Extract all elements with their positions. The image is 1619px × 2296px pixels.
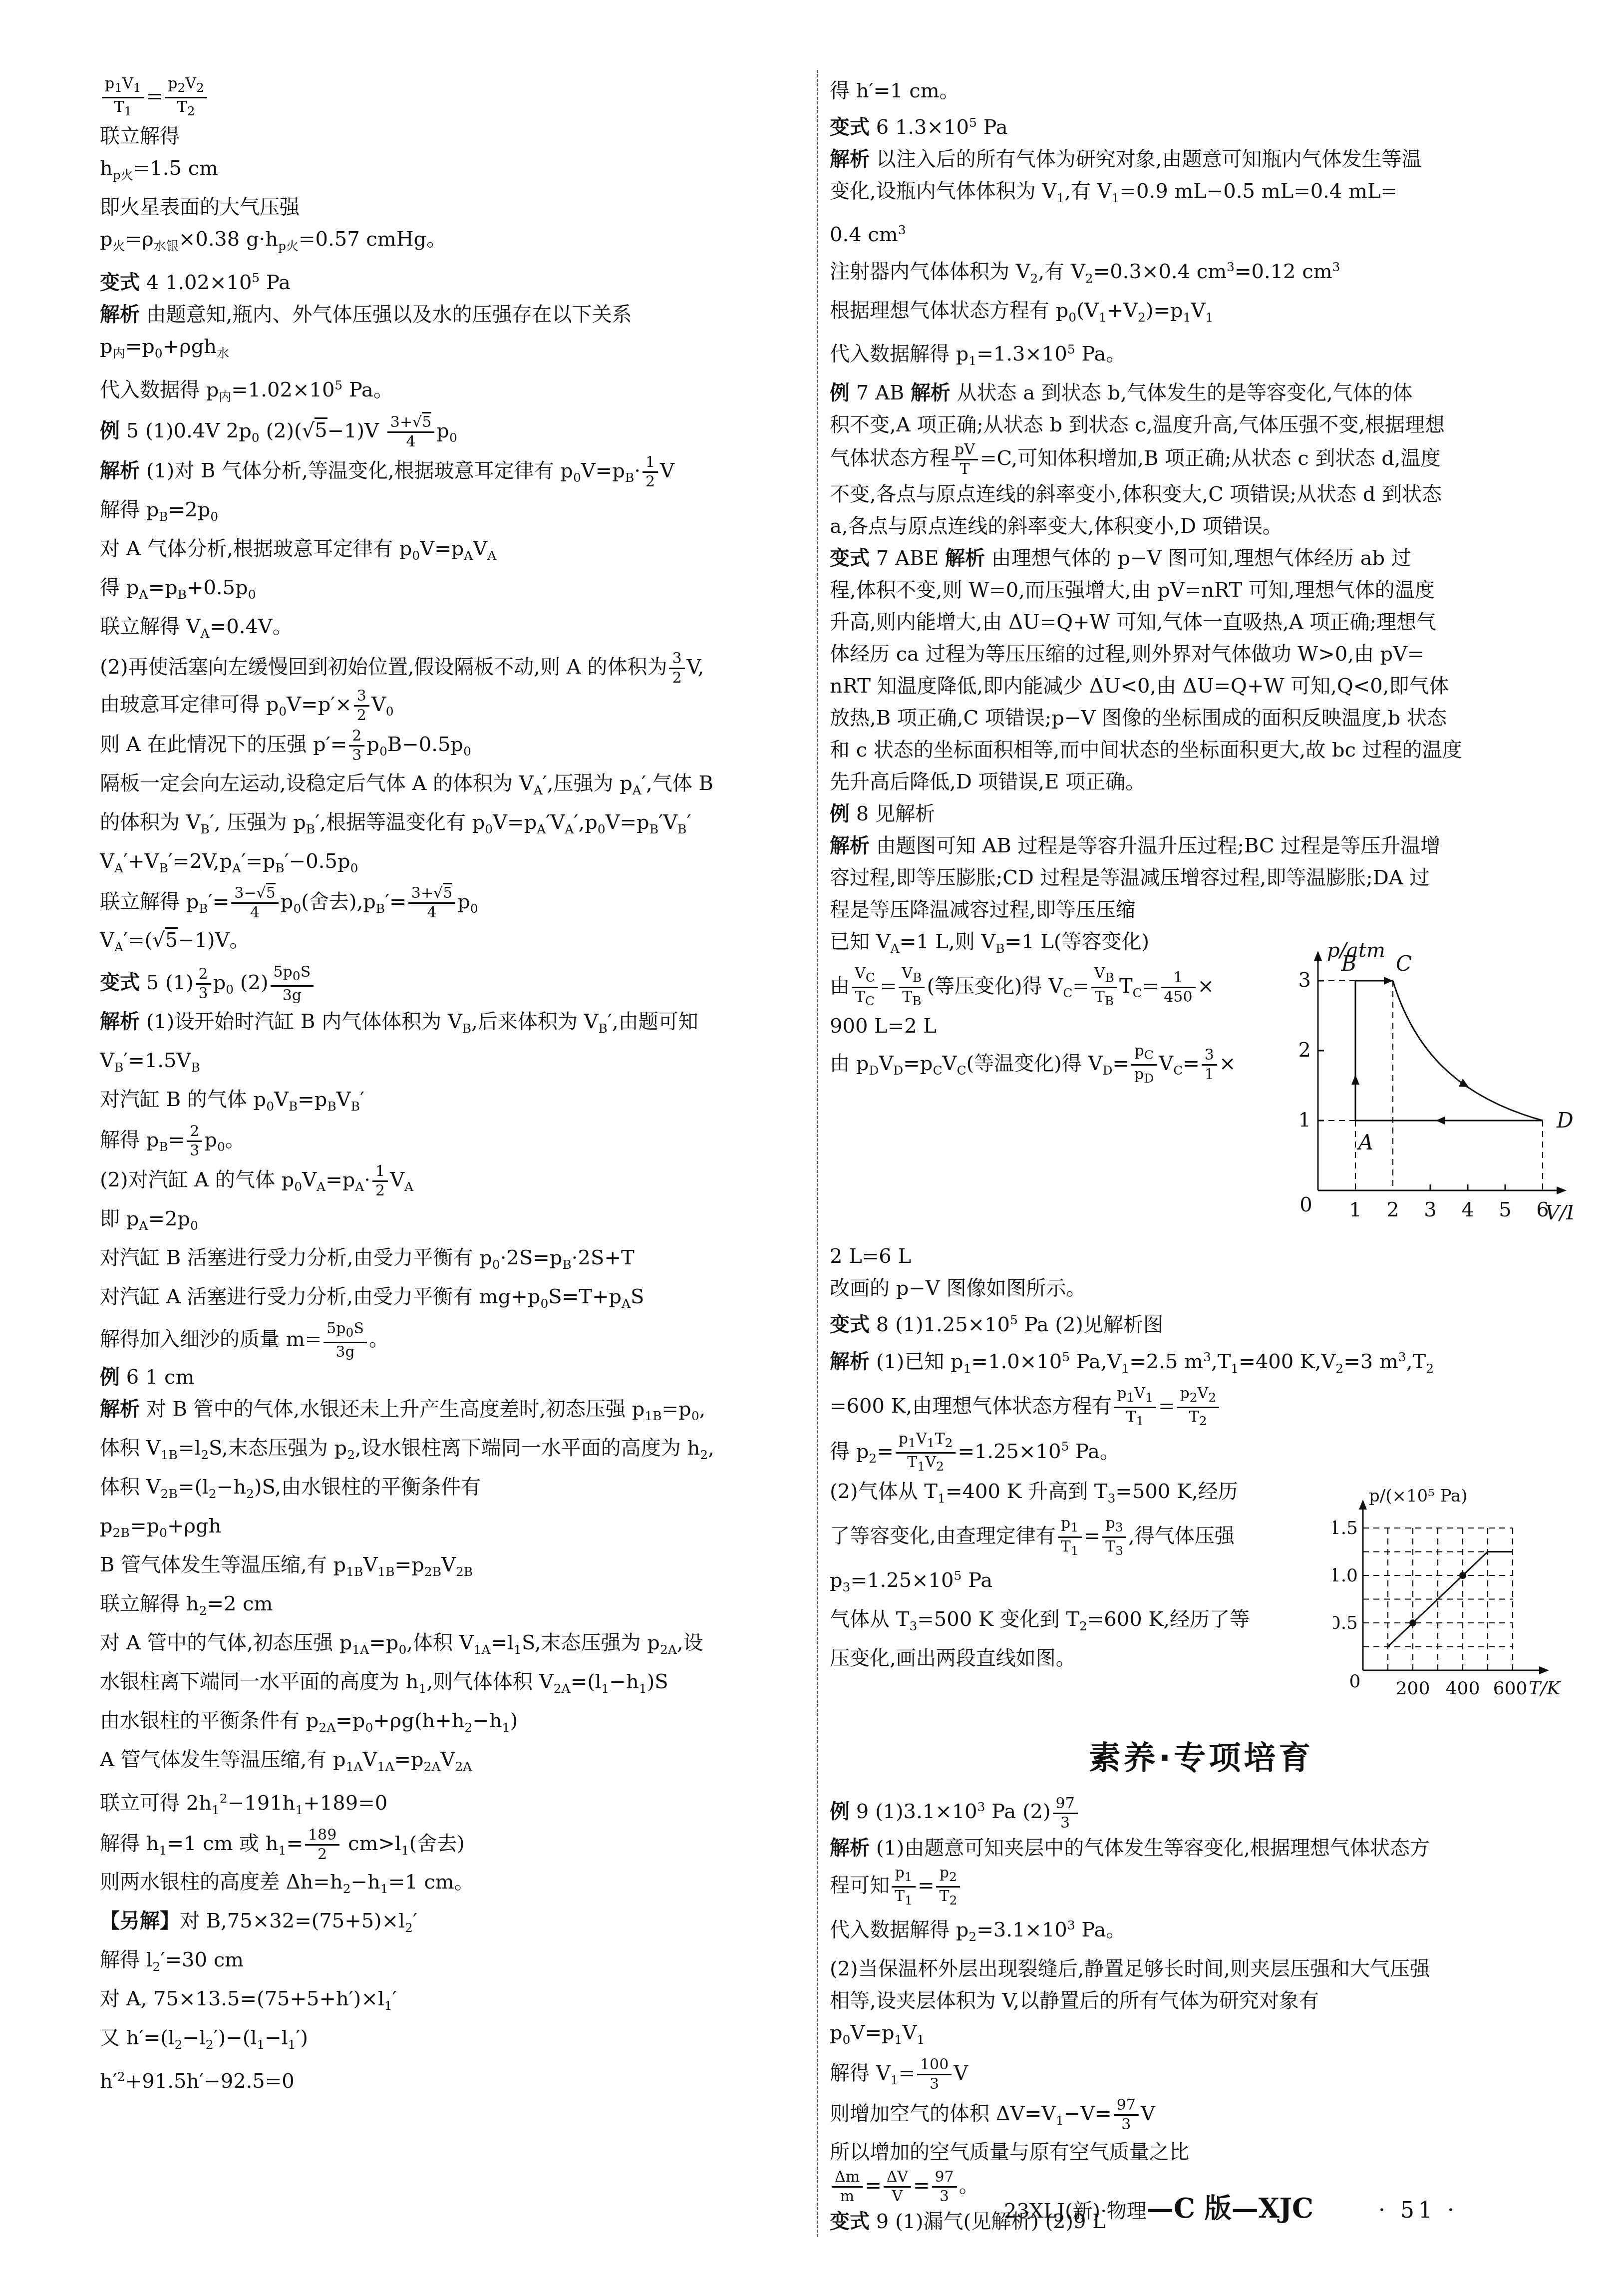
text-line: 相等,设夹层体积为 V,以静置后的所有气体为研究对象有 — [830, 1985, 1573, 2017]
text-line: 则增加空气的体积 ΔV=V1−V=973V — [830, 2096, 1573, 2137]
text-line: 联立解得 pB′=3−√54p0(舍去),pB′=3+√54p0 — [100, 884, 805, 925]
text-line: 气体从 T3=500 K 变化到 T2=600 K,经历了等 — [830, 1603, 1333, 1642]
text-line: 联立解得 h2=2 cm — [100, 1588, 805, 1627]
text-line: 解得 l2′=30 cm — [100, 1944, 805, 1983]
text-line: 由水银柱的平衡条件有 p2A=p0+ρg(h+h2−h1) — [100, 1705, 805, 1744]
text-line: 对汽缸 A 活塞进行受力分析,由受力平衡有 mg+p0S=T+pAS — [100, 1281, 805, 1320]
text-line: 0.4 cm3 — [830, 214, 1573, 251]
text-line: 解得 h1=1 cm 或 h1=1892 cm>l1(舍去) — [100, 1826, 805, 1867]
text-line: 变式 8 (1)1.25×105 Pa (2)见解析图 — [830, 1304, 1573, 1341]
text-line: 即 pA=2p0 — [100, 1203, 805, 1242]
text-line: =600 K,由理想气体状态方程有p1V1T1=p2V2T2 — [830, 1385, 1573, 1430]
text-line: 得 p2=p1V1T2T1V2=1.25×105 Pa。 — [830, 1430, 1573, 1476]
text-line: 则 A 在此情况下的压强 p′=23p0B−0.5p0 — [100, 727, 805, 767]
text-line: 已知 VA=1 L,则 VB=1 L(等容变化) — [830, 926, 1293, 965]
text-line: 积不变,A 项正确;从状态 b 到状态 c,温度升高,气体压强不变,根据理想 — [830, 409, 1573, 441]
text-line: 变式 4 1.02×105 Pa — [100, 262, 805, 299]
text-line: 解析 (1)已知 p1=1.0×105 Pa,V1=2.5 m3,T1=400 … — [830, 1341, 1573, 1385]
pv-ytick: 2 — [1298, 1039, 1311, 1062]
text-line: 对 A 管中的气体,初态压强 p1A=p0,体积 V1A=l1S,末态压强为 p… — [100, 1627, 805, 1666]
pv-xtick: 2 — [1386, 1198, 1399, 1221]
text-line: 由 pDVD=pCVC(等温变化)得 VD=pCpDVC=31× — [830, 1042, 1293, 1088]
text-line: 了等容变化,由查理定律有p1T1=p3T3,得气体压强 — [830, 1515, 1333, 1560]
left-column: p1V1T1=p2V2T2联立解得hp火=1.5 cm即火星表面的大气压强p火=… — [100, 75, 805, 2098]
pt-xtick: 600 — [1493, 1678, 1528, 1699]
pt-xtick: 400 — [1446, 1678, 1480, 1699]
pt-origin: 0 — [1349, 1671, 1361, 1692]
text-line: 对汽缸 B 活塞进行受力分析,由受力平衡有 p0·2S=pB·2S+T — [100, 1242, 805, 1281]
text-line: p内=p0+ρgh水 — [100, 331, 805, 370]
left-column-text: p1V1T1=p2V2T2联立解得hp火=1.5 cm即火星表面的大气压强p火=… — [100, 75, 805, 2098]
text-line: 先升高后降低,D 项错误,E 项正确。 — [830, 766, 1573, 798]
pv-point-D: D — [1556, 1108, 1573, 1133]
right-column-text-2: 2 L=6 L改画的 p−V 图像如图所示。变式 8 (1)1.25×105 P… — [830, 1240, 1573, 1476]
text-line: 程可知p1T1=p2T2 — [830, 1864, 1573, 1910]
text-line: 例 5 (1)0.4V 2p0 (2)(√5−1)V 3+√54p0 — [100, 413, 805, 454]
text-line: 体积 V1B=l2S,末态压强为 p2,设水银柱离下端同一水平面的高度为 h2, — [100, 1432, 805, 1471]
text-line: nRT 知温度降低,即内能减少 ΔU<0,由 ΔU=Q+W 可知,Q<0,即气体 — [830, 670, 1573, 702]
text-line: 解析 由题意知,瓶内、外气体压强以及水的压强存在以下关系 — [100, 299, 805, 331]
text-line: 体积 V2B=(l2−h2)S,由水银柱的平衡条件有 — [100, 1471, 805, 1510]
text-line: 对 A 气体分析,根据玻意耳定律有 p0V=pAVA — [100, 533, 805, 572]
pv-ytick: 3 — [1298, 969, 1311, 992]
text-line: (2)对汽缸 A 的气体 p0VA=pA·12VA — [100, 1162, 805, 1203]
text-line: 代入数据解得 p2=3.1×103 Pa。 — [830, 1910, 1573, 1953]
text-line: p2B=p0+ρgh — [100, 1510, 805, 1549]
text-line: p火=ρ水银×0.38 g·hp火=0.57 cmHg。 — [100, 223, 805, 262]
text-line: 程,体积不变,则 W=0,而压强增大,由 pV=nRT 可知,理想气体的温度 — [830, 574, 1573, 606]
text-line: A 管气体发生等温压缩,有 p1AV1A=p2AV2A — [100, 1744, 805, 1783]
section-heading: 素养·专项培育 — [830, 1732, 1573, 1778]
text-line: 2 L=6 L — [830, 1240, 1573, 1272]
pt-ytick: 1.5 — [1333, 1518, 1358, 1538]
column-divider — [817, 70, 818, 2237]
pv-point-B: B — [1341, 951, 1357, 976]
text-line: 例 6 1 cm — [100, 1361, 805, 1393]
text-line: 得 pA=pB+0.5p0 — [100, 572, 805, 611]
text-line: (2)再使活塞向左缓慢回到初始位置,假设隔板不动,则 A 的体积为32V, — [100, 650, 805, 687]
text-line: 变式 7 ABE 解析 由理想气体的 p−V 图可知,理想气体经历 ab 过 — [830, 542, 1573, 574]
pt-xlabel: T/K — [1529, 1678, 1561, 1699]
text-line: VB′=1.5VB — [100, 1045, 805, 1084]
pt-figure-row: (2)气体从 T1=400 K 升高到 T3=500 K,经历了等容变化,由查理… — [830, 1476, 1573, 1715]
text-line: 解得 pB=2p0 — [100, 494, 805, 533]
text-line: a,各点与原点连线的斜率变大,体积变小,D 项错误。 — [830, 510, 1573, 542]
text-line: VA′+VB′=2V,pA′=pB′−0.5p0 — [100, 845, 805, 884]
pv-xtick: 6 — [1536, 1198, 1549, 1221]
text-line: 改画的 p−V 图像如图所示。 — [830, 1272, 1573, 1304]
text-line: 和 c 状态的坐标面积相等,而中间状态的坐标面积更大,故 bc 过程的温度 — [830, 734, 1573, 766]
text-line: 联立可得 2h12−191h1+189=0 — [100, 1783, 805, 1826]
text-line: 变化,设瓶内气体体积为 V1,有 V1=0.9 mL−0.5 mL=0.4 mL… — [830, 175, 1573, 214]
text-line: (2)气体从 T1=400 K 升高到 T3=500 K,经历 — [830, 1476, 1333, 1515]
right-column-text-1: 得 h′=1 cm。变式 6 1.3×105 Pa解析 以注入后的所有气体为研究… — [830, 75, 1573, 926]
text-line: B 管气体发生等温压缩,有 p1BV1B=p2BV2B — [100, 1549, 805, 1588]
text-line: 体经历 ca 过程为等压压缩的过程,则外界对气体做功 W>0,由 pV= — [830, 638, 1573, 670]
text-line: 900 L=2 L — [830, 1010, 1293, 1042]
text-line: 解得 pB=23p0。 — [100, 1123, 805, 1163]
text-line: 注射器内气体体积为 V2,有 V2=0.3×0.4 cm3=0.12 cm3 — [830, 251, 1573, 295]
text-line: 解析 (1)由题意可知夹层中的气体发生等容变化,根据理想气体状态方 — [830, 1832, 1573, 1864]
text-line: 即火星表面的大气压强 — [100, 191, 805, 223]
text-line: 解得 V1=1003V — [830, 2056, 1573, 2096]
text-line: 又 h′=(l2−l2′)−(l1−l1′) — [100, 2022, 805, 2061]
pv-xtick: 1 — [1349, 1198, 1361, 1221]
text-beside-pt: (2)气体从 T1=400 K 升高到 T3=500 K,经历了等容变化,由查理… — [830, 1476, 1333, 1674]
text-line: 代入数据解得 p1=1.3×105 Pa。 — [830, 334, 1573, 377]
text-line: 不变,各点与原点连线的斜率变小,体积变大,C 项错误;从状态 d 到状态 — [830, 478, 1573, 510]
footer-book-code: 23XLJ(新)·物理 — [1004, 2195, 1147, 2224]
text-line: 解析 以注入后的所有气体为研究对象,由题意可知瓶内气体发生等温 — [830, 143, 1573, 175]
text-line: 压变化,画出两段直线如图。 — [830, 1642, 1333, 1674]
text-line: p3=1.25×105 Pa — [830, 1560, 1333, 1603]
text-line: 例 7 AB 解析 从状态 a 到状态 b,气体发生的是等容变化,气体的体 — [830, 377, 1573, 409]
text-line: 所以增加的空气质量与原有空气质量之比 — [830, 2136, 1573, 2168]
text-line: 联立解得 — [100, 120, 805, 152]
text-beside-pv: 已知 VA=1 L,则 VB=1 L(等容变化)由VCTC=VBTB(等压变化)… — [830, 926, 1293, 1088]
pv-xtick: 5 — [1499, 1198, 1511, 1221]
physics-answer-page: { "left_column": { "lines": [ "{p_[1]V_[… — [0, 0, 1619, 2296]
text-line: 对汽缸 B 的气体 p0VB=pBVB′ — [100, 1084, 805, 1123]
pv-point-A: A — [1356, 1130, 1373, 1154]
text-line: 得 h′=1 cm。 — [830, 75, 1573, 107]
pv-xlabel: V/L — [1545, 1201, 1573, 1224]
text-line: 程是等压降温减容过程,即等压压缩 — [830, 894, 1573, 926]
text-line: h′2+91.5h′−92.5=0 — [100, 2061, 805, 2097]
text-line: 升高,则内能增大,由 ΔU=Q+W 可知,气体一直吸热,A 项正确;理想气 — [830, 606, 1573, 638]
pv-point-C: C — [1396, 951, 1412, 976]
text-line: 气体状态方程pVT=C,可知体积增加,B 项正确;从状态 c 到状态 d,温度 — [830, 441, 1573, 478]
pt-diagram: p/(×10⁵ Pa) T/K 0 0.5 1.0 1.5 200 400 60… — [1333, 1481, 1573, 1715]
text-line: hp火=1.5 cm — [100, 152, 805, 191]
text-line: 根据理想气体状态方程有 p0(V1+V2)=p1V1 — [830, 295, 1573, 334]
text-line: 由VCTC=VBTB(等压变化)得 VC=VBTBTC=1450× — [830, 965, 1293, 1010]
text-line: 联立解得 VA=0.4V。 — [100, 611, 805, 650]
text-line: 则两水银柱的高度差 Δh=h2−h1=1 cm。 — [100, 1866, 805, 1905]
pv-xtick: 4 — [1461, 1198, 1474, 1221]
text-line: 隔板一定会向左运动,设稳定后气体 A 的体积为 VA′,压强为 pA′,气体 B — [100, 767, 805, 806]
pv-figure-row: 已知 VA=1 L,则 VB=1 L(等容变化)由VCTC=VBTB(等压变化)… — [830, 926, 1573, 1240]
text-line: 容过程,即等压膨胀;CD 过程是等温减压增容过程,即等温膨胀;DA 过 — [830, 862, 1573, 894]
pv-ytick: 1 — [1298, 1109, 1311, 1132]
right-column: 得 h′=1 cm。变式 6 1.3×105 Pa解析 以注入后的所有气体为研究… — [830, 75, 1573, 2238]
right-column-text-3: 例 9 (1)3.1×103 Pa (2)973解析 (1)由题意可知夹层中的气… — [830, 1791, 1573, 2238]
pv-origin: 0 — [1299, 1193, 1312, 1216]
text-line: 代入数据得 p内=1.02×105 Pa。 — [100, 370, 805, 413]
text-line: 由玻意耳定律可得 p0V=p′×32V0 — [100, 687, 805, 728]
pv-diagram: p/atm V/L 0 1 2 3 1 2 3 4 5 6 B C A D — [1293, 931, 1573, 1240]
text-line: 解析 (1)对 B 气体分析,等温变化,根据玻意耳定律有 p0V=pB·12V — [100, 453, 805, 494]
pv-xtick: 3 — [1424, 1198, 1436, 1221]
text-line: VA′=(√5−1)V。 — [100, 924, 805, 963]
text-line: 的体积为 VB′, 压强为 pB′,根据等温变化有 p0V=pA′VA′,p0V… — [100, 806, 805, 845]
text-line: 解析 (1)设开始时汽缸 B 内气体体积为 VB,后来体积为 VB′,由题可知 — [100, 1006, 805, 1045]
footer-edition: —C 版—XJC — [1147, 2187, 1313, 2226]
text-line: p1V1T1=p2V2T2 — [100, 75, 805, 120]
pt-xtick: 200 — [1396, 1678, 1430, 1699]
text-line: 例 8 见解析 — [830, 798, 1573, 830]
pt-ytick: 1.0 — [1333, 1565, 1358, 1586]
footer-page-number: · 51 · — [1378, 2198, 1458, 2223]
text-line: p0V=p1V1 — [830, 2017, 1573, 2056]
text-line: 放热,B 项正确,C 项错误;p−V 图像的坐标围成的面积反映温度,b 状态 — [830, 702, 1573, 734]
text-line: 水银柱离下端同一水平面的高度为 h1,则气体体积 V2A=(l1−h1)S — [100, 1666, 805, 1705]
text-line: 解析 由题图可知 AB 过程是等容升温升压过程;BC 过程是等压升温增 — [830, 830, 1573, 862]
pt-ytick: 0.5 — [1333, 1613, 1358, 1633]
text-line: 【另解】对 B,75×32=(75+5)×l2′ — [100, 1905, 805, 1944]
text-line: 例 9 (1)3.1×103 Pa (2)973 — [830, 1791, 1573, 1832]
page-footer: 23XLJ(新)·物理 —C 版—XJC · 51 · — [830, 2187, 1573, 2226]
text-line: 对 A, 75×13.5=(75+5+h′)×l1′ — [100, 1983, 805, 2022]
text-line: 解得加入细沙的质量 m=5p0S3g。 — [100, 1320, 805, 1361]
text-line: 变式 6 1.3×105 Pa — [830, 107, 1573, 143]
text-line: 解析 对 B 管中的气体,水银还未上升产生高度差时,初态压强 p1B=p0, — [100, 1393, 805, 1432]
text-line: (2)当保温杯外层出现裂缝后,静置足够长时间,则夹层压强和大气压强 — [830, 1953, 1573, 1985]
text-line: 变式 5 (1)23p0 (2)5p0S3g — [100, 963, 805, 1006]
pt-ylabel: p/(×10⁵ Pa) — [1369, 1486, 1468, 1506]
